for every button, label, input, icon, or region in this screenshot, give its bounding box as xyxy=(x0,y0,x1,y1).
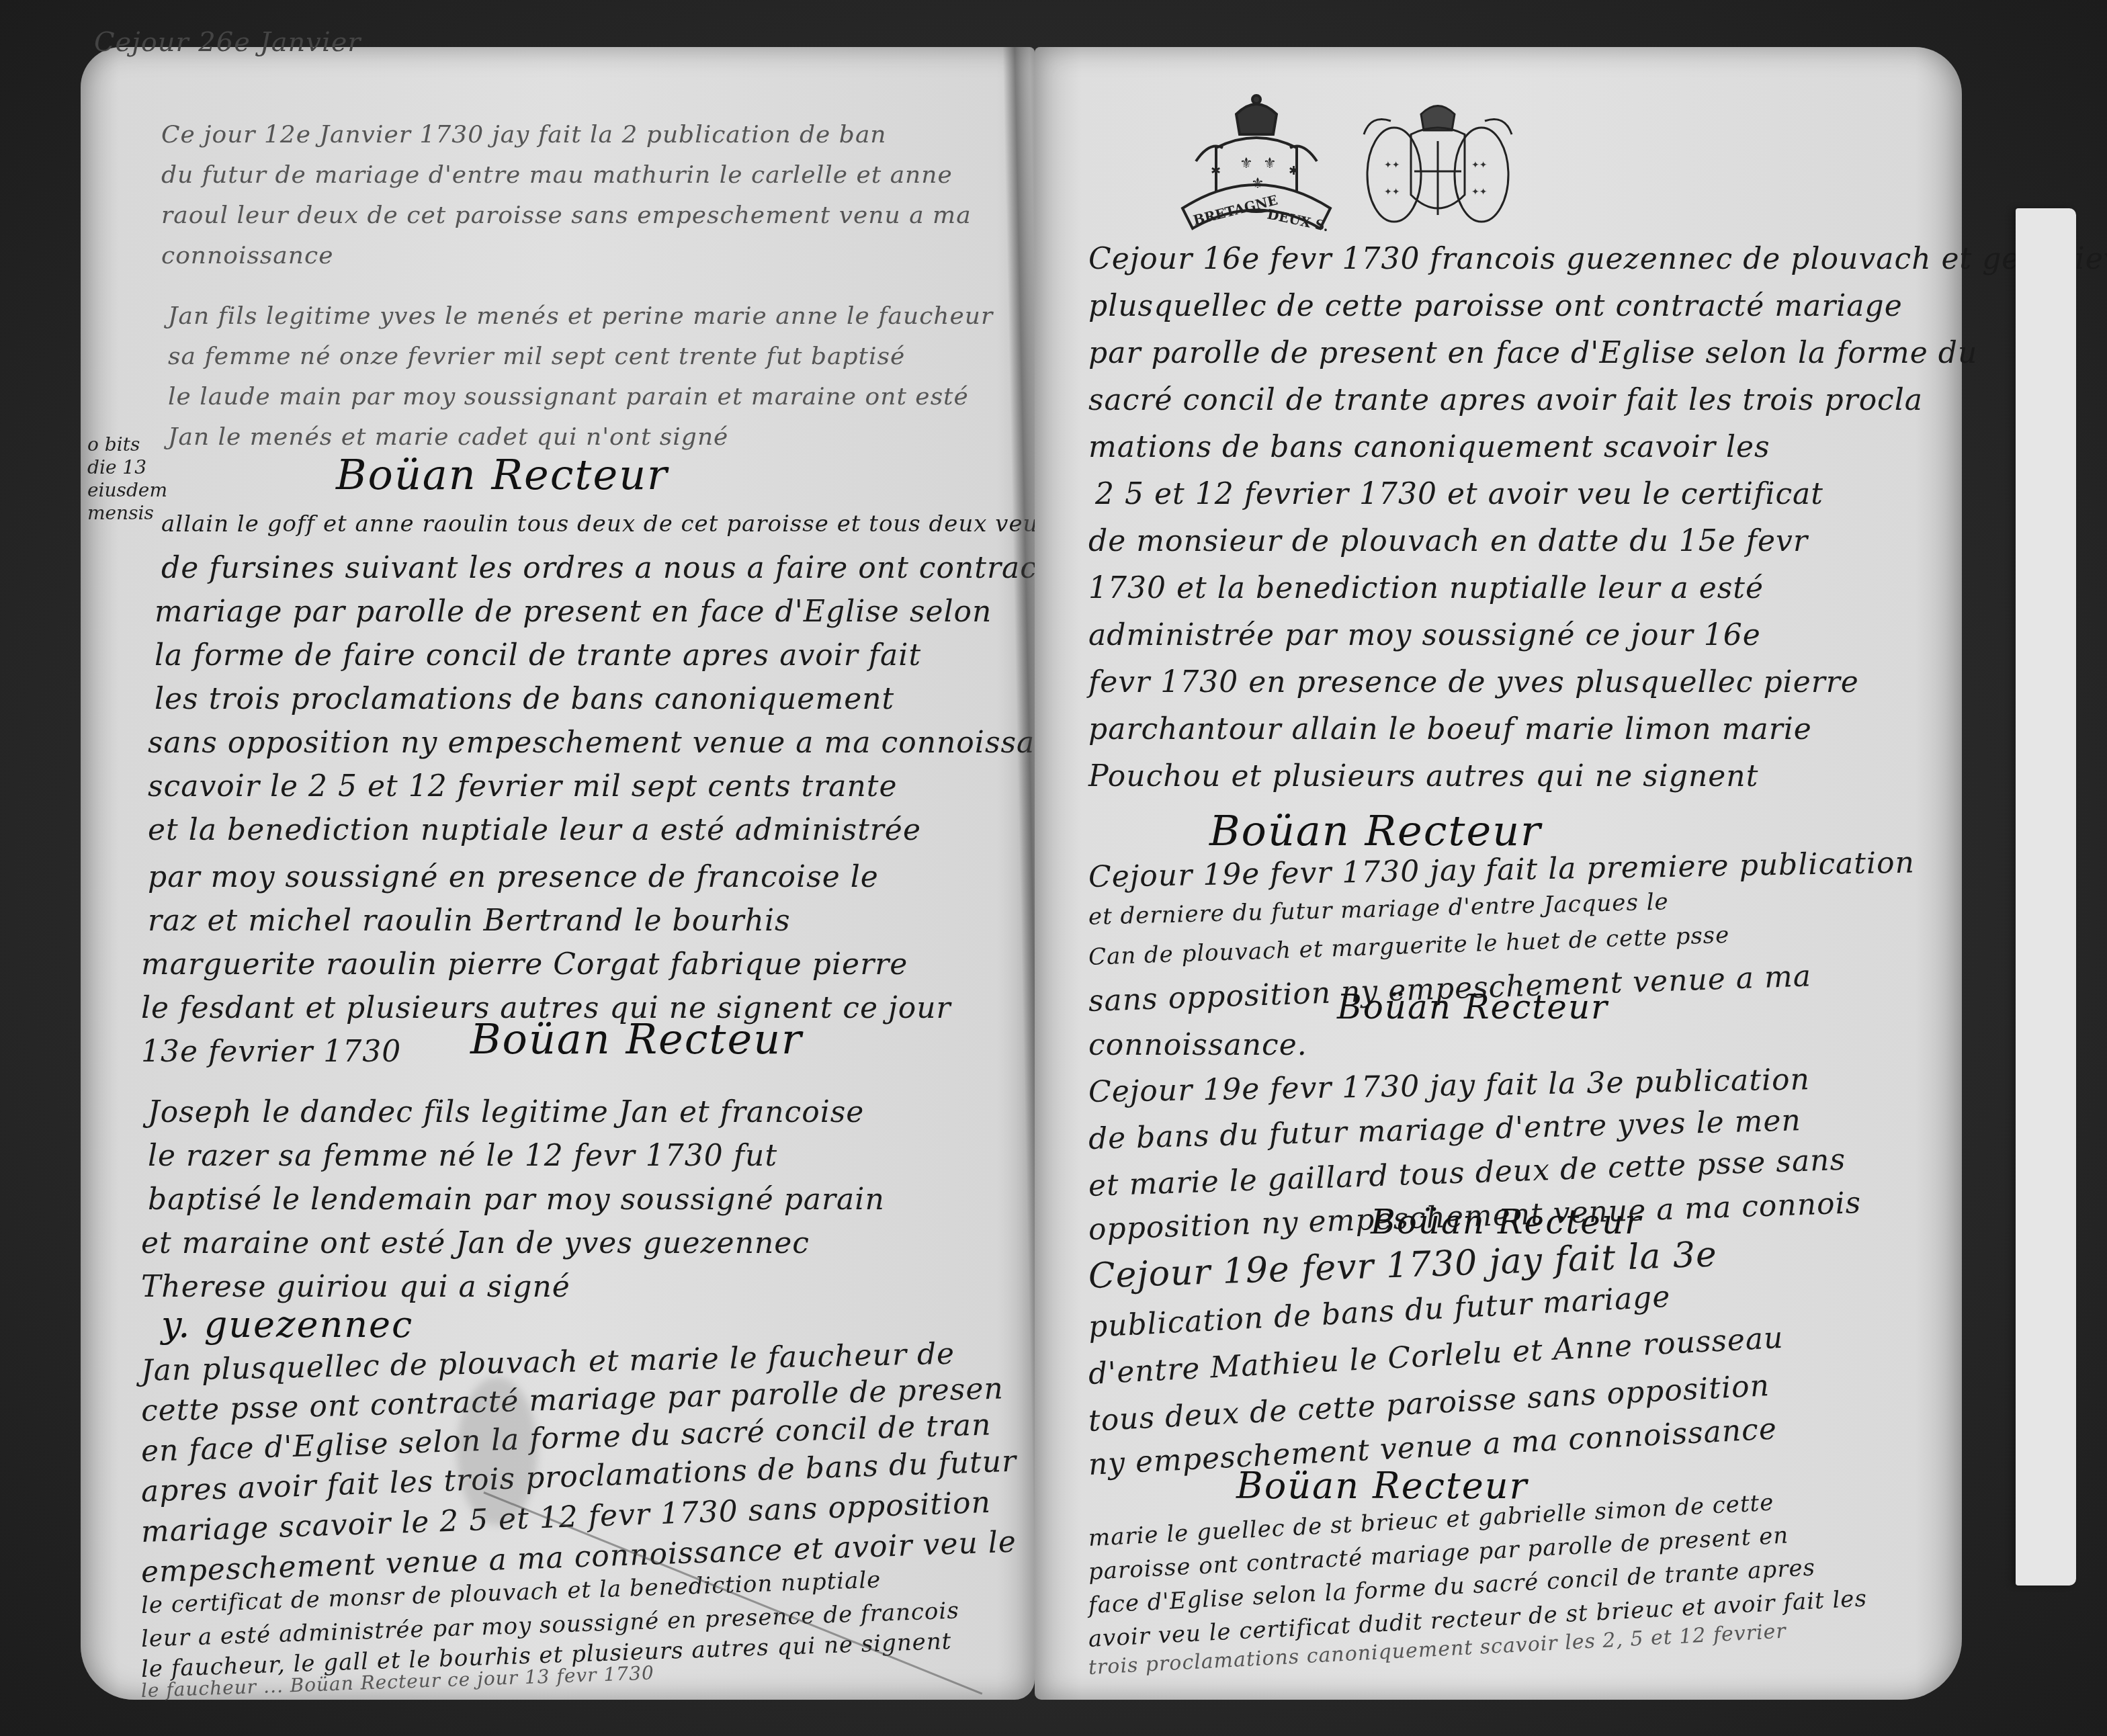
margin-note-line: die 13 xyxy=(87,456,175,479)
entry-line: Therese guiriou qui a signé xyxy=(141,1270,570,1304)
entry-line: Ce jour 12e Janvier 1730 jay fait la 2 p… xyxy=(161,121,887,148)
entry-line: Can de plouvach et marguerite le huet de… xyxy=(1088,922,1730,971)
entry-line: Jan le menés et marie cadet qui n'ont si… xyxy=(168,423,728,451)
entry-line: 2 5 et 12 fevrier 1730 et avoir veu le c… xyxy=(1095,477,1823,511)
entry-line: les trois proclamations de bans canoniqu… xyxy=(155,682,894,716)
entry-line: Cejour 16e fevr 1730 francois guezennec … xyxy=(1088,242,2107,276)
signature-bouan: Boüan Recteur xyxy=(470,1014,803,1064)
entry-line: allain le goff et anne raoulin tous deux… xyxy=(161,511,1127,537)
entry-line: sa femme né onze fevrier mil sept cent t… xyxy=(168,343,905,370)
svg-text:✦✦: ✦✦ xyxy=(1384,187,1400,198)
svg-text:✱: ✱ xyxy=(1289,164,1299,178)
signature-bouan: Boüan Recteur xyxy=(1236,1465,1528,1507)
svg-text:✦✦: ✦✦ xyxy=(1384,160,1400,171)
entry-line: Cejour 19e fevr 1730 jay fait la 3e publ… xyxy=(1088,1062,1811,1109)
entry-line: mariage par parolle de present en face d… xyxy=(155,595,992,629)
entry-line: et maraine ont esté Jan de yves guezenne… xyxy=(141,1226,810,1260)
entry-line: et derniere du futur mariage d'entre Jac… xyxy=(1088,888,1669,930)
entry-line: et la benediction nuptiale leur a esté a… xyxy=(148,813,921,847)
signature-bouan: Boüan Recteur xyxy=(1209,806,1542,855)
signature-bouan: Boüan Recteur xyxy=(1371,1203,1642,1242)
entry-line: plusquellec de cette paroisse ont contra… xyxy=(1088,289,1903,323)
signature-guezennec: y. guezennec xyxy=(161,1303,413,1346)
entry-line: administrée par moy soussigné ce jour 16… xyxy=(1088,618,1761,652)
entry-line: 1730 et la benediction nuptialle leur a … xyxy=(1088,571,1764,605)
entry-line: du futur de mariage d'entre mau mathurin… xyxy=(161,161,953,189)
margin-note-line: o bits xyxy=(87,433,175,456)
entry-line: 13e fevrier 1730 xyxy=(141,1035,401,1069)
svg-text:✱: ✱ xyxy=(1211,164,1221,178)
svg-text:⚜: ⚜ xyxy=(1263,155,1277,172)
entry-line: baptisé le lendemain par moy soussigné p… xyxy=(148,1182,885,1217)
svg-text:⚜: ⚜ xyxy=(1240,155,1253,172)
entry-line: connoissance xyxy=(161,242,333,269)
signature-bouan: Boüan Recteur xyxy=(336,450,669,499)
register-book: Cejour 26e Janvier o bits die 13 eiusdem… xyxy=(67,47,1989,1713)
entry-line: sans opposition ny empeschement venue a … xyxy=(148,726,1090,760)
entry-line: le laude main par moy soussignant parain… xyxy=(168,383,969,410)
entry-line: le razer sa femme né le 12 fevr 1730 fut xyxy=(148,1139,777,1173)
entry-line: raoul leur deux de cet paroisse sans emp… xyxy=(161,202,972,229)
inserted-paper-slip xyxy=(2016,208,2076,1586)
svg-text:✦✦: ✦✦ xyxy=(1471,187,1488,198)
left-page: Cejour 26e Janvier o bits die 13 eiusdem… xyxy=(81,47,1035,1700)
entry-line: Pouchou et plusieurs autres qui ne signe… xyxy=(1088,759,1758,793)
entry-line: Jan fils legitime yves le menés et perin… xyxy=(168,302,993,330)
left-page-header: Cejour 26e Janvier xyxy=(94,27,361,58)
entry-line: raz et michel raoulin Bertrand le bourhi… xyxy=(148,904,791,938)
entry-line: connoissance. xyxy=(1088,1028,1307,1062)
entry-line: marguerite raoulin pierre Corgat fabriqu… xyxy=(141,947,908,982)
bretagne-stamp-icon: ⚜⚜⚜ ✱✱ BRETAGNE DEUX S. xyxy=(1169,87,1344,262)
entry-line: scavoir le 2 5 et 12 fevrier mil sept ce… xyxy=(148,769,898,804)
entry-line: parchantour allain le boeuf marie limon … xyxy=(1088,712,1812,746)
entry-line: de monsieur de plouvach en datte du 15e … xyxy=(1088,524,1808,558)
svg-text:⚜: ⚜ xyxy=(1251,175,1264,192)
entry-line: par moy soussigné en presence de francoi… xyxy=(148,860,879,894)
entry-line: sacré concil de trante apres avoir fait … xyxy=(1088,383,1923,417)
entry-line: Joseph le dandec fils legitime Jan et fr… xyxy=(148,1095,864,1129)
royal-arms-stamp-icon: ✦✦✦✦ ✦✦✦✦ xyxy=(1357,94,1518,242)
entry-line: fevr 1730 en presence de yves plusquelle… xyxy=(1088,665,1859,699)
signature-bouan: Boüan Recteur xyxy=(1337,988,1608,1027)
ink-stain xyxy=(457,1377,537,1525)
margin-note-line: eiusdem xyxy=(87,479,175,502)
right-page: ⚜⚜⚜ ✱✱ BRETAGNE DEUX S. ✦✦✦✦ xyxy=(1035,47,1962,1700)
entry-line: de fursines suivant les ordres a nous a … xyxy=(161,551,1068,585)
entry-line: la forme de faire concil de trante apres… xyxy=(155,638,921,672)
entry-line: par parolle de present en face d'Eglise … xyxy=(1088,336,1977,370)
svg-text:✦✦: ✦✦ xyxy=(1471,160,1488,171)
entry-line: mations de bans canoniquement scavoir le… xyxy=(1088,430,1770,464)
